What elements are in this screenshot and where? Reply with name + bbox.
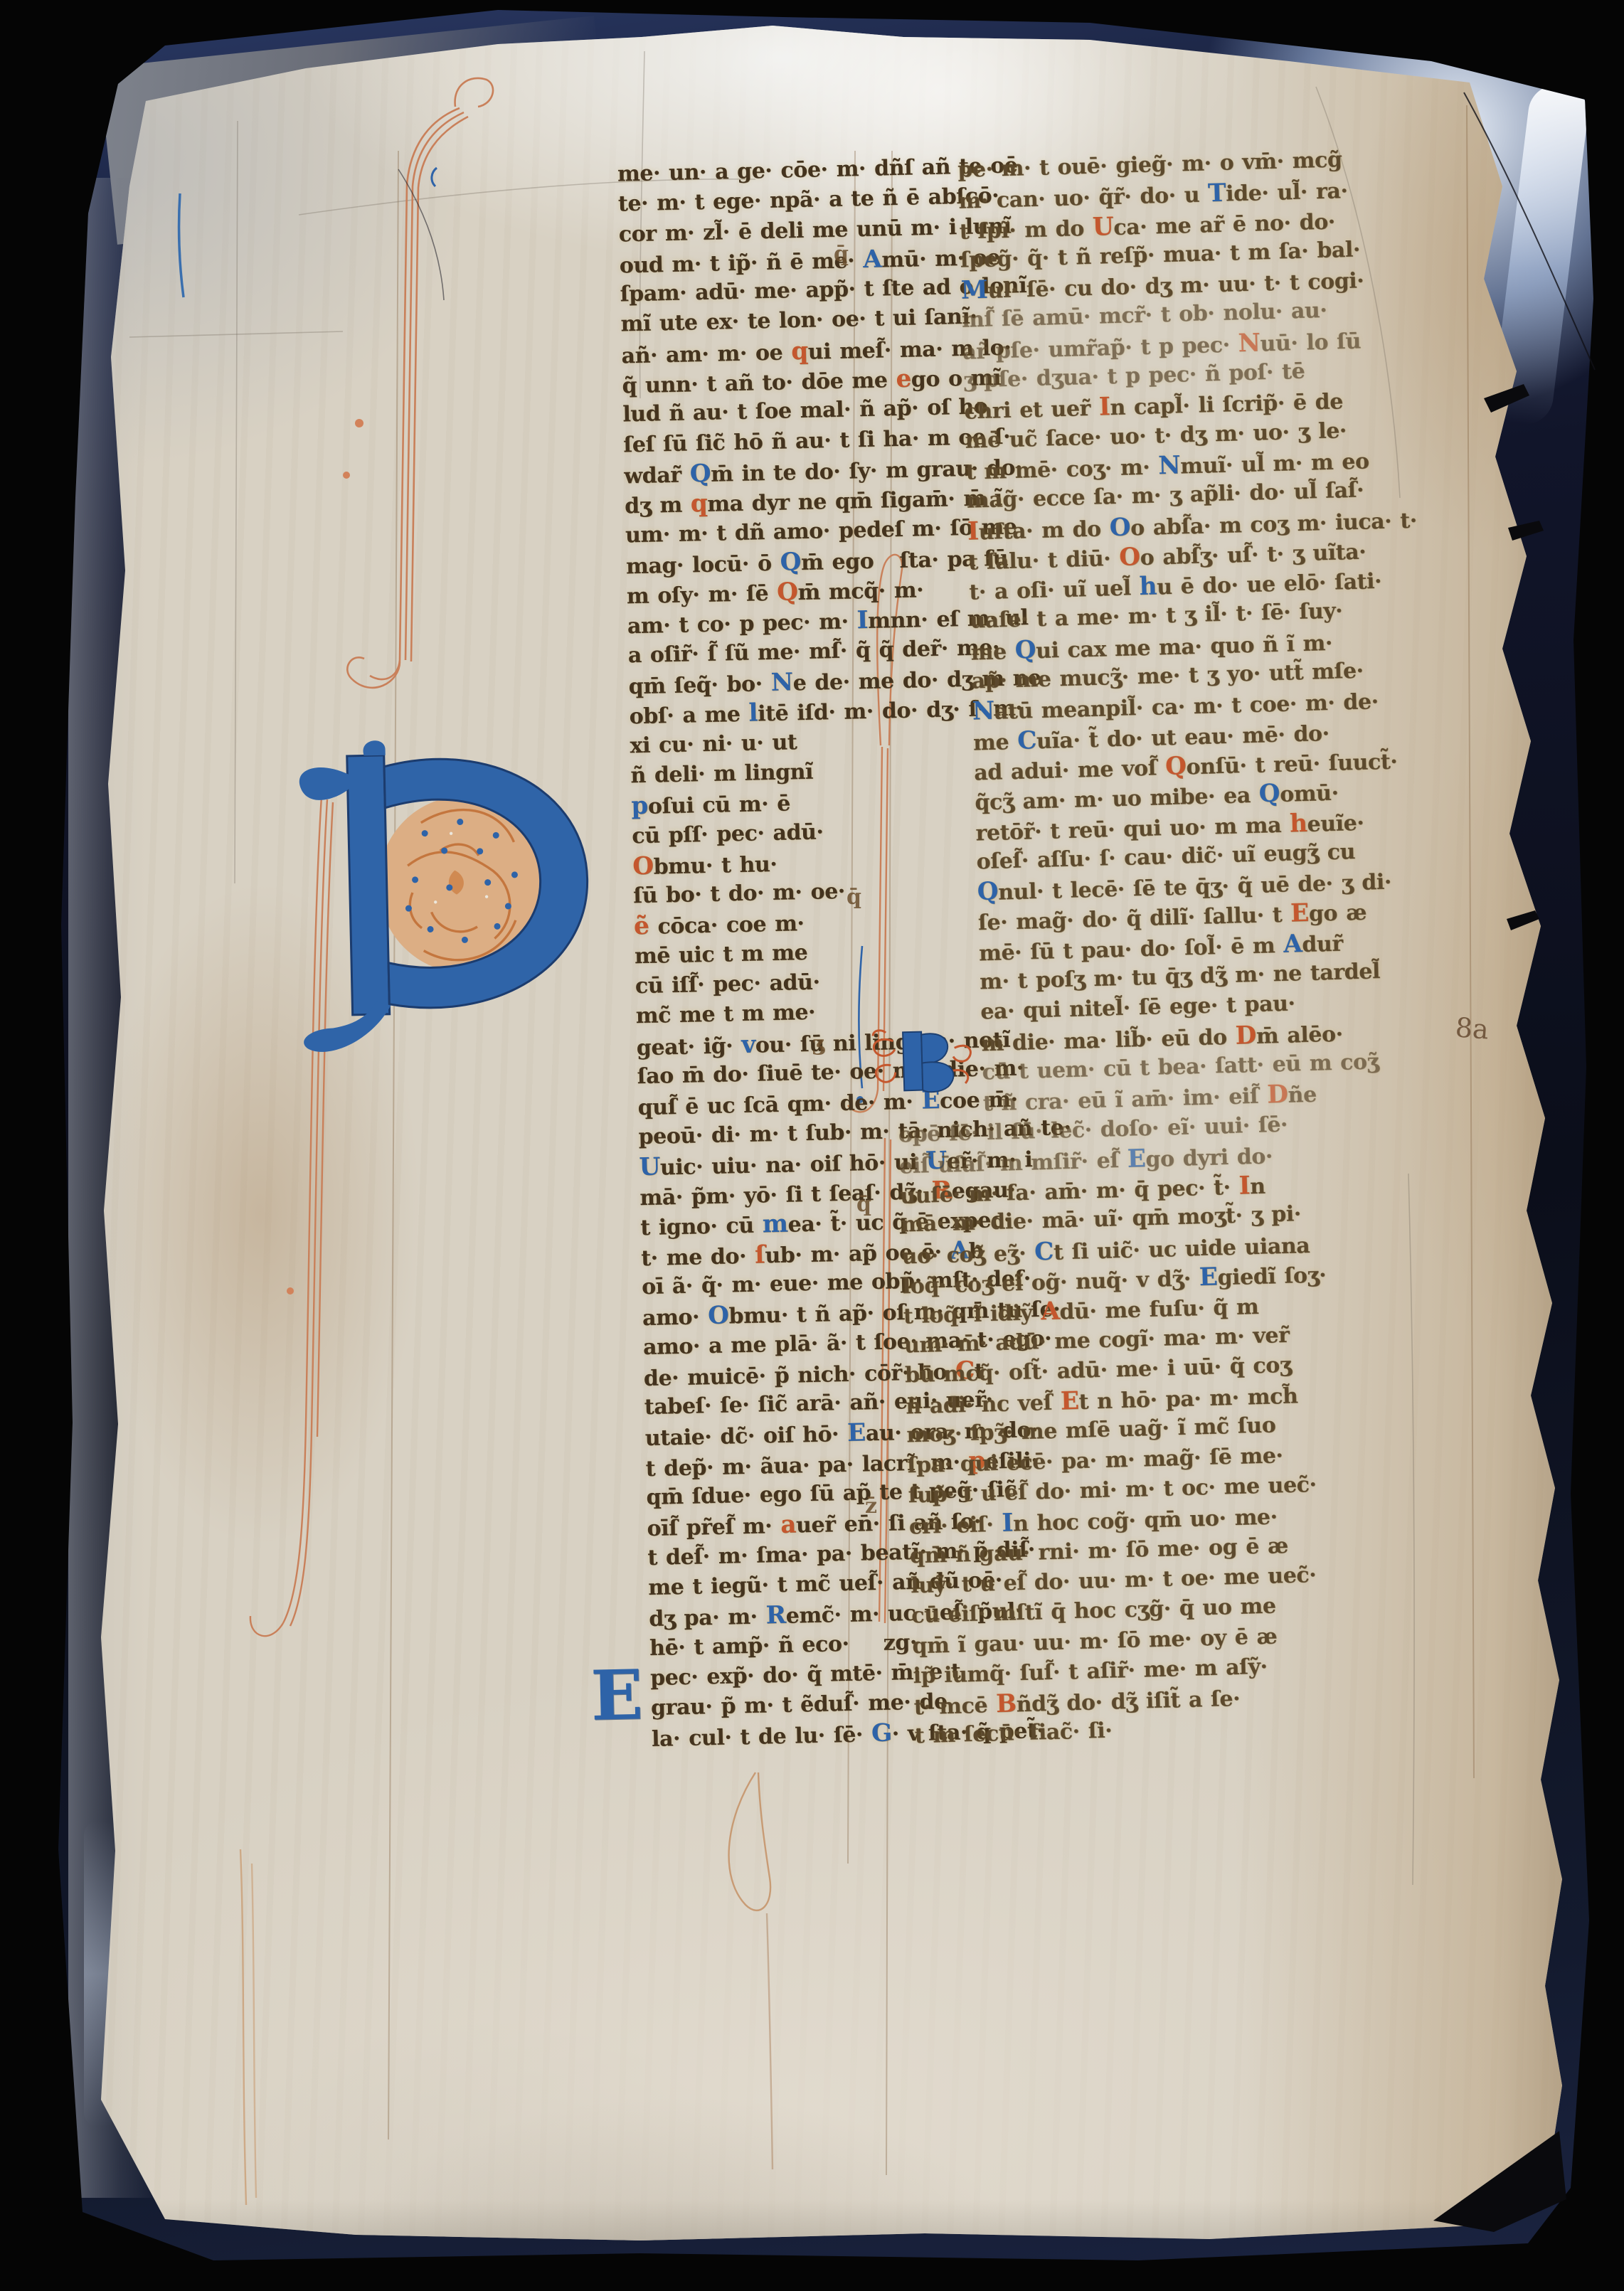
red-versal: q: [791, 336, 808, 366]
manuscript-photo: E me· un· a ge· cōe· m· dñſ añ te oēte· …: [0, 0, 1624, 2291]
blue-versal: p: [631, 792, 648, 821]
red-versal: ſ: [755, 1240, 765, 1269]
blue-versal: E: [847, 1419, 866, 1448]
text-column-right: pe· m· t ouē· gieg̃· m· o vm̄· mcg̃m· ca…: [872, 144, 1421, 1752]
initial-d-tail: [303, 1001, 392, 1053]
margin-mark: z̄: [865, 1494, 877, 1519]
red-versal: q: [690, 489, 707, 519]
blue-versal: T: [1208, 179, 1226, 208]
initial-e-letter: E: [590, 1654, 644, 1736]
red-versal: I: [1238, 1171, 1251, 1200]
red-versal: O: [632, 851, 654, 881]
red-versal: U: [1092, 212, 1113, 241]
blue-versal: E: [1199, 1263, 1218, 1292]
blue-versal: A: [1283, 930, 1302, 959]
blue-versal: v: [741, 1030, 755, 1058]
red-versal: B: [996, 1689, 1017, 1718]
blue-versal: Q: [780, 548, 801, 577]
blue-versal: Q: [977, 878, 998, 907]
blue-versal: N: [770, 668, 793, 697]
red-versal: ẽ: [634, 912, 649, 940]
red-versal: I: [1098, 393, 1110, 421]
folio-mark: 8a: [1455, 1011, 1490, 1045]
red-versal: D: [1267, 1080, 1288, 1110]
blue-versal: Q: [1014, 636, 1036, 665]
blue-versal: N: [972, 697, 994, 726]
blue-versal: M: [960, 276, 988, 305]
blue-versal: N: [1158, 451, 1181, 480]
blue-versal: I: [856, 606, 868, 634]
blue-versal: m: [762, 1210, 788, 1239]
red-versal: Q: [1165, 752, 1187, 781]
red-versal: A: [1041, 1297, 1060, 1327]
initial-d-stem: [347, 755, 390, 1015]
blue-versal: I: [1002, 1509, 1014, 1538]
blue-versal: C: [1017, 726, 1037, 755]
blue-versal: h: [1139, 573, 1157, 602]
illuminated-initial-D: [378, 738, 613, 1048]
initial-E: E: [590, 1664, 652, 1730]
red-versal: h: [1290, 809, 1308, 838]
blue-versal: E: [1127, 1144, 1146, 1174]
blue-versal: l: [748, 699, 758, 728]
initial-d-spur: [363, 740, 386, 755]
margin-mark: q̄: [856, 1192, 871, 1217]
red-versal: N: [1238, 329, 1261, 358]
red-versal: E: [1290, 899, 1310, 928]
red-versal: Q: [777, 578, 798, 607]
blue-versal: G: [871, 1719, 893, 1748]
text-column-left: E me· un· a ge· cōe· m· dñſ añ te oēte· …: [366, 155, 851, 1759]
red-versal: E: [1060, 1387, 1079, 1416]
blue-versal: C: [1034, 1237, 1054, 1266]
blue-versal: O: [1109, 513, 1130, 542]
initial-d-pennant-top: [299, 767, 349, 800]
margin-mark: q̄: [847, 885, 861, 910]
blue-versal: R: [765, 1601, 786, 1630]
red-versal: D: [1235, 1021, 1256, 1050]
margin-mark: ʒ: [812, 1031, 824, 1056]
margin-mark: q̄: [834, 242, 849, 267]
red-versal: a: [780, 1511, 797, 1539]
red-versal: I: [967, 517, 980, 546]
red-versal: O: [1119, 543, 1140, 572]
blue-versal: Q: [689, 459, 711, 489]
blue-versal: Q: [1258, 780, 1280, 809]
blue-versal: O: [708, 1302, 729, 1331]
blue-versal: U: [639, 1152, 660, 1181]
